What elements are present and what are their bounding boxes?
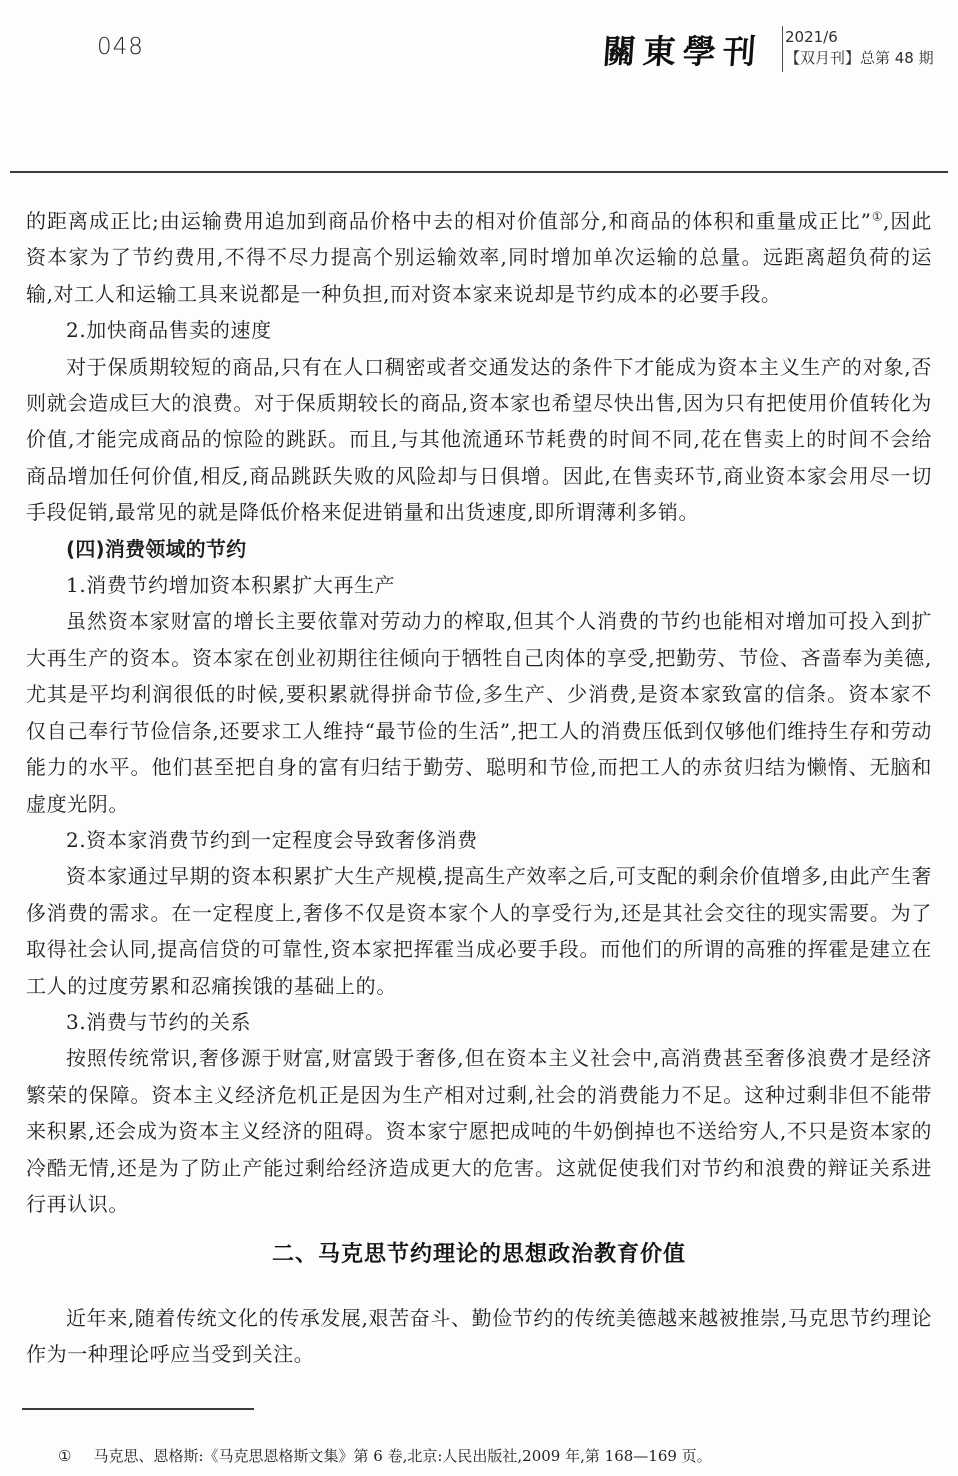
footnote-reference-1: ① [871, 209, 883, 223]
heading-consumption-relation: 3.消费与节约的关系 [26, 1004, 932, 1040]
heading-accumulation: 1.消费节约增加资本积累扩大再生产 [26, 567, 932, 603]
paragraph-transport-text-before: 的距离成正比;由运输费用追加到商品价格中去的相对价值部分,和商品的体积和重量成正… [26, 209, 871, 233]
section-title: 二、马克思节约理论的思想政治教育价值 [26, 1237, 932, 1273]
issue-year: 2021/6 [785, 27, 930, 48]
paragraph-transport-cost: 的距离成正比;由运输费用追加到商品价格中去的相对价值部分,和商品的体积和重量成正… [26, 203, 932, 312]
issue-info: 2021/6 【双月刊】总第 48 期 [785, 27, 930, 69]
issue-number: 【双月刊】总第 48 期 [785, 48, 930, 69]
heading-consumption-field: (四)消费领域的节约 [26, 531, 932, 567]
footnote-text: 马克思、恩格斯:《马克思恩格斯文集》第 6 卷,北京:人民出版社,2009 年,… [93, 1447, 711, 1465]
paragraph-consumption-relation: 按照传统常识,奢侈源于财富,财富毁于奢侈,但在资本主义社会中,高消费甚至奢侈浪费… [26, 1040, 932, 1222]
heading-sell-speed: 2.加快商品售卖的速度 [26, 312, 932, 348]
journal-logo: 關東學刊 [601, 26, 764, 73]
footnote-marker: ① [58, 1447, 71, 1465]
footnote: ①马克思、恩格斯:《马克思恩格斯文集》第 6 卷,北京:人民出版社,2009 年… [58, 1445, 918, 1467]
paragraph-accumulation: 虽然资本家财富的增长主要依靠对劳动力的榨取,但其个人消费的节约也能相对增加可投入… [26, 603, 932, 821]
page-number: 048 [97, 34, 144, 60]
footnote-rule [22, 1408, 254, 1410]
paragraph-sell-speed: 对于保质期较短的商品,只有在人口稠密或者交通发达的条件下才能成为资本主义生产的对… [26, 349, 932, 531]
header-rule [10, 171, 948, 173]
article-body: 的距离成正比;由运输费用追加到商品价格中去的相对价值部分,和商品的体积和重量成正… [26, 203, 932, 1373]
journal-page: 048 關東學刊 2021/6 【双月刊】总第 48 期 的距离成正比;由运输费… [0, 0, 958, 1476]
heading-luxury: 2.资本家消费节约到一定程度会导致奢侈消费 [26, 822, 932, 858]
paragraph-luxury: 资本家通过早期的资本积累扩大生产规模,提高生产效率之后,可支配的剩余价值增多,由… [26, 858, 932, 1004]
masthead-divider [782, 26, 783, 72]
paragraph-recent-years: 近年来,随着传统文化的传承发展,艰苦奋斗、勤俭节约的传统美德越来越被推崇,马克思… [26, 1300, 932, 1373]
